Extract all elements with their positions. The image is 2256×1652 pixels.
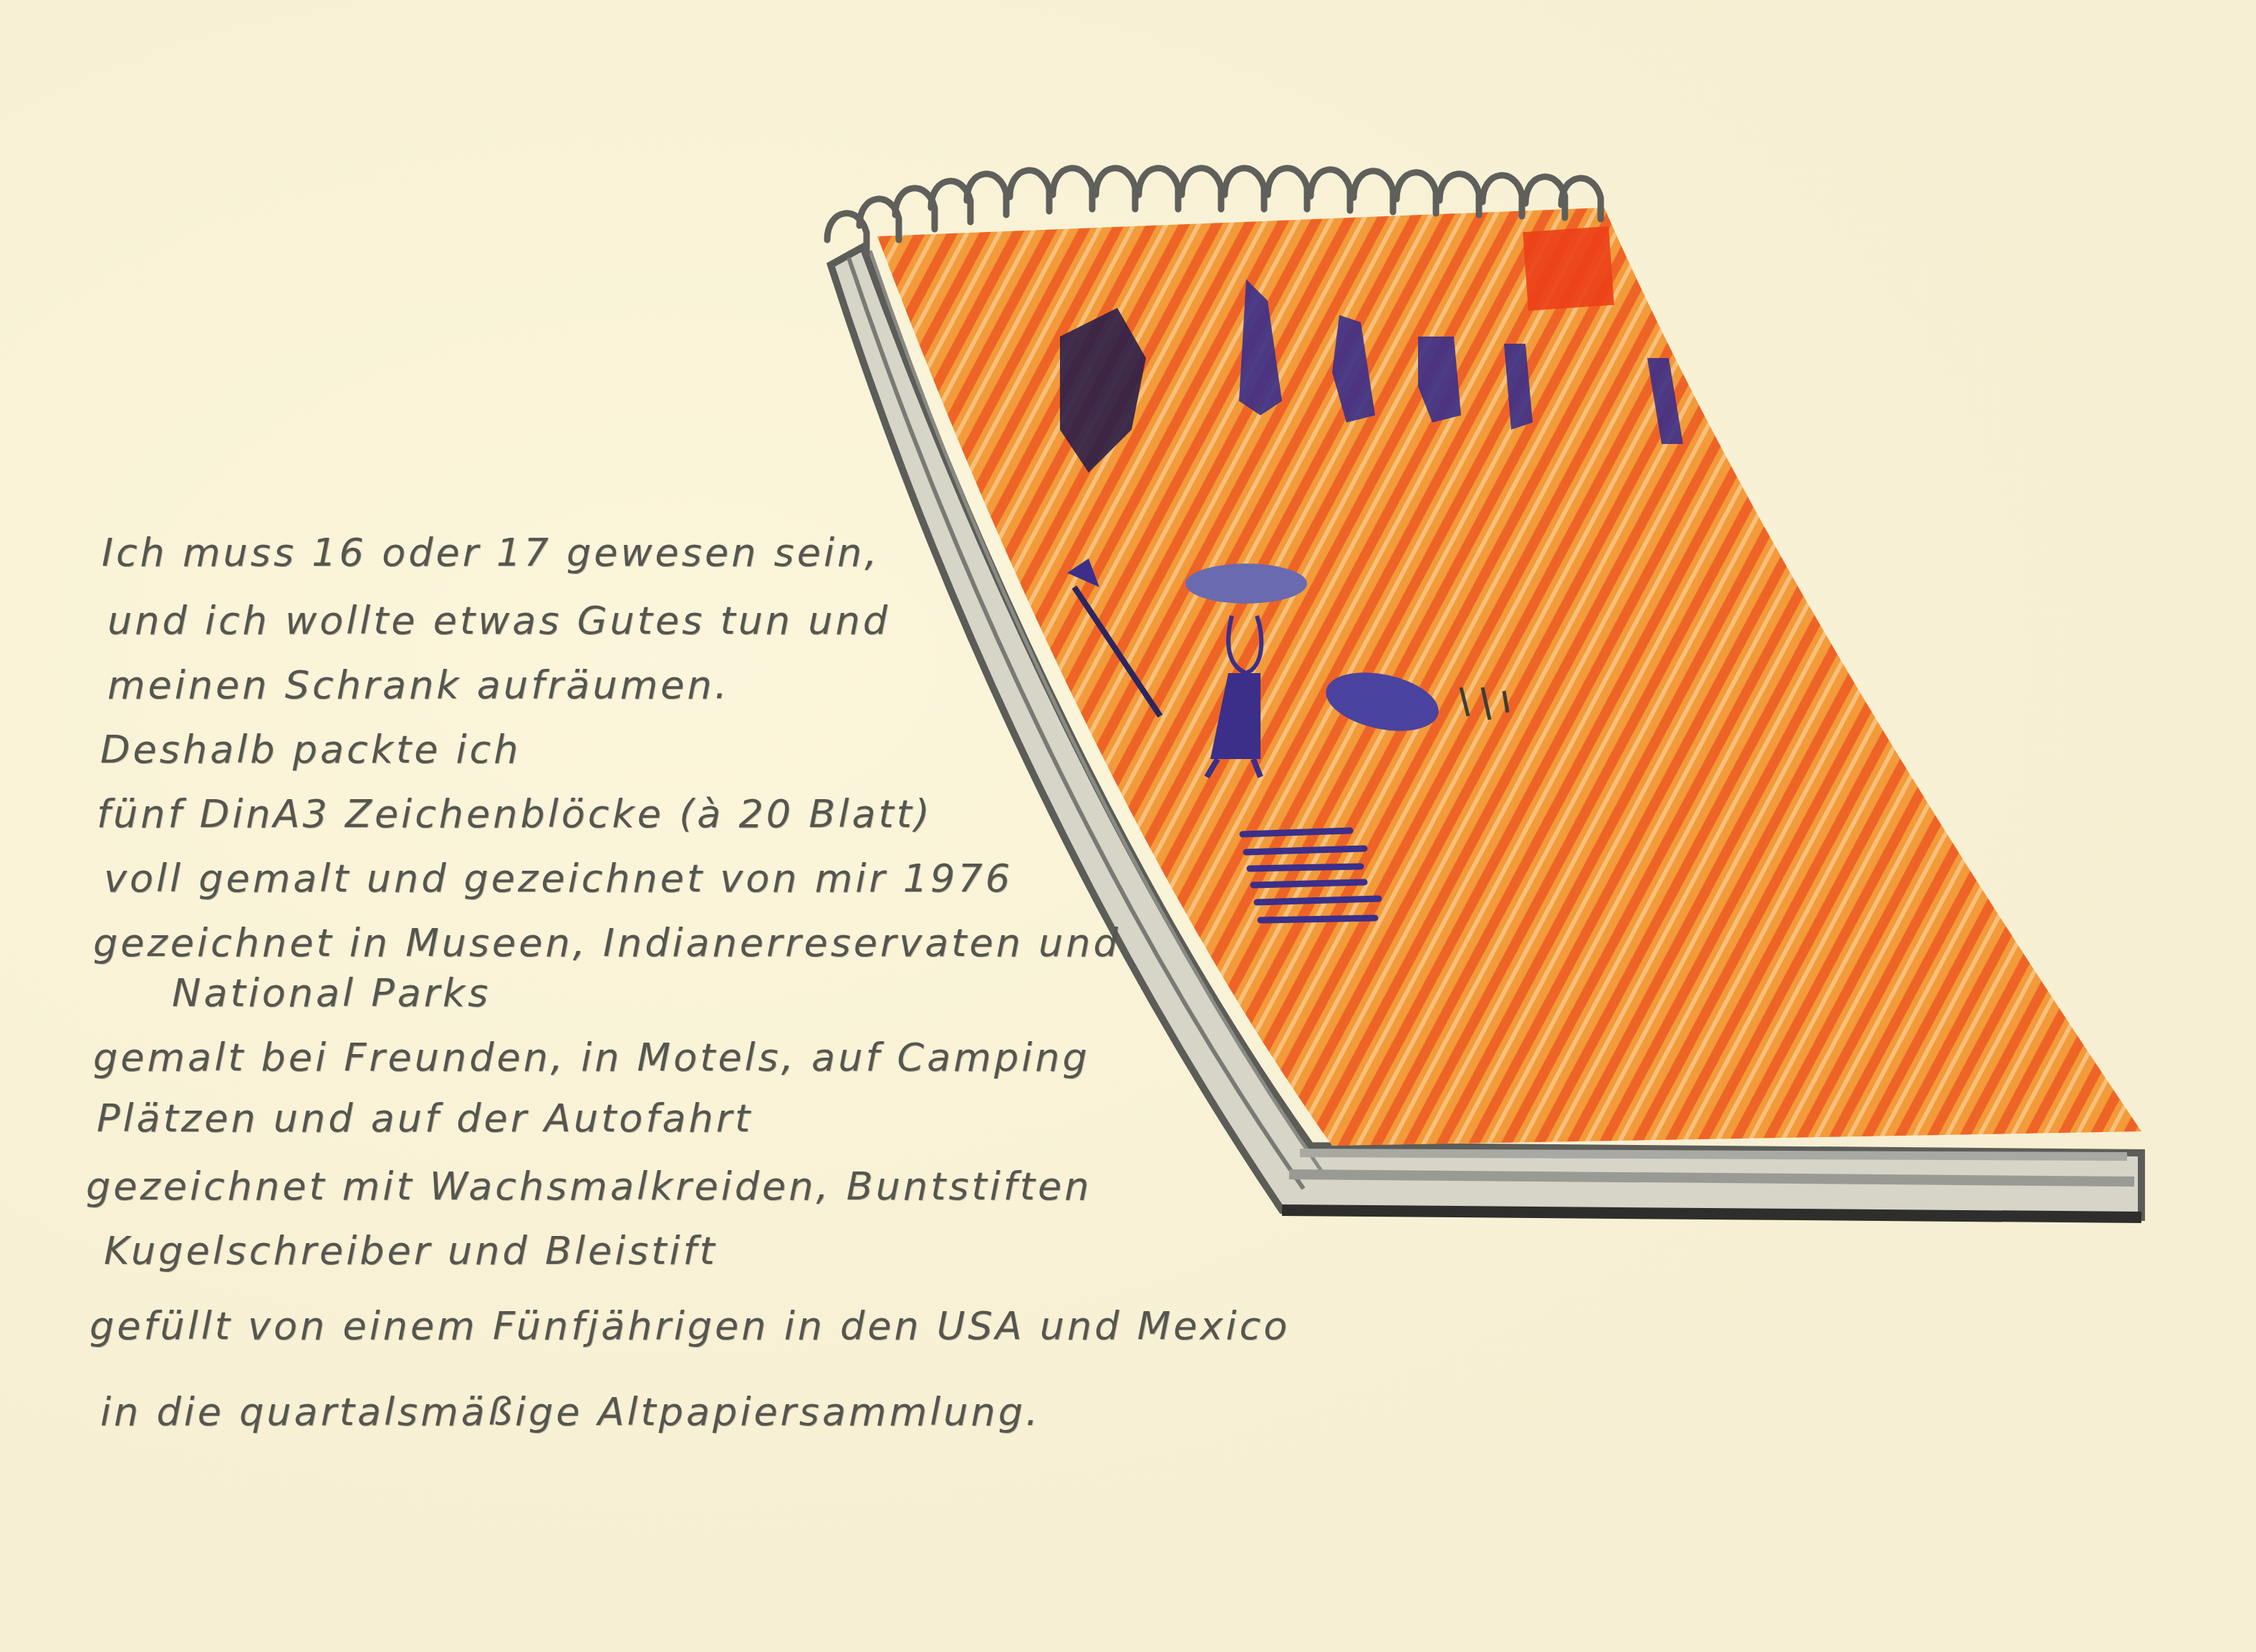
- note-line: in die quartalsmäßige Altpapiersammlung.: [100, 1389, 1041, 1434]
- note-line: fünf DinA3 Zeichenblöcke (à 20 Blatt): [97, 791, 932, 836]
- note-line: Ich muss 16 oder 17 gewesen sein,: [102, 530, 879, 575]
- note-line: Plätzen und auf der Autofahrt: [97, 1096, 753, 1141]
- note-line: Kugelschreiber und Bleistift: [104, 1228, 718, 1273]
- note-line: und ich wollte etwas Gutes tun und: [107, 598, 890, 643]
- note-line: gemalt bei Freunden, in Motels, auf Camp…: [93, 1035, 1090, 1080]
- note-line: gezeichnet in Museen, Indianerreservaten…: [93, 920, 1121, 965]
- note-line: voll gemalt und gezeichnet von mir 1976: [104, 856, 1013, 901]
- note-line: National Parks: [172, 970, 491, 1015]
- note-line: gezeichnet mit Wachsmalkreiden, Buntstif…: [86, 1164, 1091, 1209]
- note-line: Deshalb packte ich: [100, 727, 521, 772]
- note-line: meinen Schrank aufräumen.: [107, 662, 730, 707]
- note-line: gefüllt von einem Fünfjährigen in den US…: [90, 1303, 1290, 1348]
